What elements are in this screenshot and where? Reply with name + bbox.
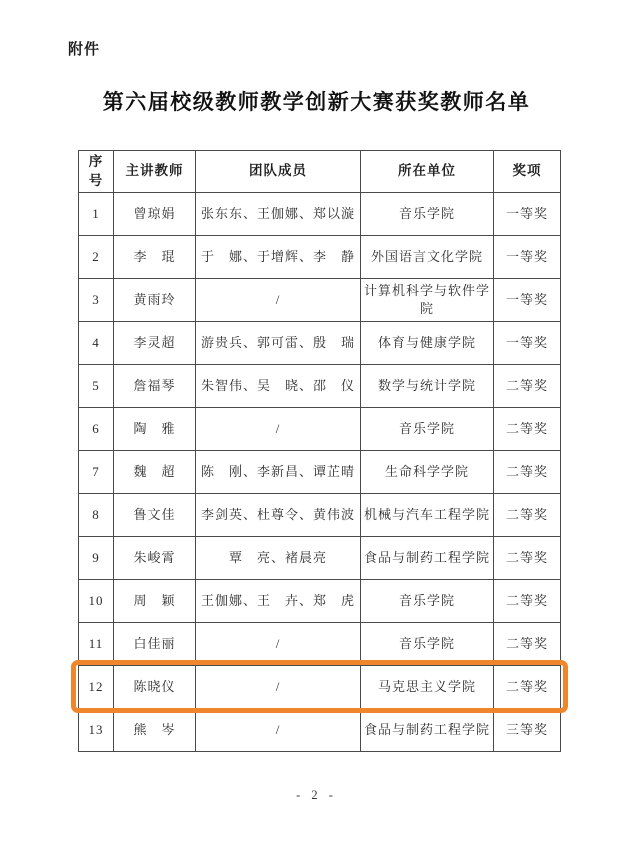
table-row: 7魏 超陈 刚、李新昌、谭芷晴生命科学学院二等奖: [79, 451, 561, 494]
cell-award: 二等奖: [494, 408, 561, 451]
cell-award: 二等奖: [494, 623, 561, 666]
table-row: 12陈晓仪/马克思主义学院二等奖: [79, 666, 561, 709]
cell-award: 二等奖: [494, 451, 561, 494]
cell-no: 5: [79, 365, 114, 408]
cell-unit: 数学与统计学院: [361, 365, 494, 408]
cell-unit: 音乐学院: [361, 623, 494, 666]
cell-teacher: 魏 超: [114, 451, 196, 494]
cell-unit: 音乐学院: [361, 408, 494, 451]
cell-team: 王伽娜、王 卉、郑 虎: [196, 580, 361, 623]
table-row: 3黄雨玲/计算机科学与软件学院一等奖: [79, 279, 561, 322]
table-row: 10周 颖王伽娜、王 卉、郑 虎音乐学院二等奖: [79, 580, 561, 623]
cell-award: 一等奖: [494, 322, 561, 365]
cell-award: 二等奖: [494, 666, 561, 709]
cell-team: /: [196, 709, 361, 752]
cell-no: 1: [79, 193, 114, 236]
page-title: 第六届校级教师教学创新大赛获奖教师名单: [0, 86, 633, 116]
cell-no: 8: [79, 494, 114, 537]
table-row: 4李灵超游贵兵、郭可雷、殷 瑞体育与健康学院一等奖: [79, 322, 561, 365]
cell-team: 陈 刚、李新昌、谭芷晴: [196, 451, 361, 494]
cell-team: /: [196, 279, 361, 322]
table-body: 1曾琼娟张东东、王伽娜、郑以漩音乐学院一等奖2李 琨于 娜、于增辉、李 静外国语…: [79, 193, 561, 752]
cell-award: 二等奖: [494, 537, 561, 580]
table-row: 13熊 岑/食品与制药工程学院三等奖: [79, 709, 561, 752]
cell-no: 10: [79, 580, 114, 623]
cell-no: 4: [79, 322, 114, 365]
cell-teacher: 朱峻霄: [114, 537, 196, 580]
table-row: 1曾琼娟张东东、王伽娜、郑以漩音乐学院一等奖: [79, 193, 561, 236]
cell-unit: 食品与制药工程学院: [361, 537, 494, 580]
cell-teacher: 鲁文佳: [114, 494, 196, 537]
col-header-no: 序号: [79, 151, 114, 193]
cell-no: 9: [79, 537, 114, 580]
cell-teacher: 陈晓仪: [114, 666, 196, 709]
table-row: 5詹福琴朱智伟、吴 晓、邵 仪数学与统计学院二等奖: [79, 365, 561, 408]
cell-award: 二等奖: [494, 580, 561, 623]
cell-no: 11: [79, 623, 114, 666]
cell-teacher: 李 琨: [114, 236, 196, 279]
cell-award: 一等奖: [494, 279, 561, 322]
cell-award: 三等奖: [494, 709, 561, 752]
cell-no: 3: [79, 279, 114, 322]
cell-award: 一等奖: [494, 193, 561, 236]
cell-unit: 马克思主义学院: [361, 666, 494, 709]
awards-table: 序号 主讲教师 团队成员 所在单位 奖项 1曾琼娟张东东、王伽娜、郑以漩音乐学院…: [78, 150, 561, 752]
cell-team: 覃 亮、褚晨亮: [196, 537, 361, 580]
cell-no: 13: [79, 709, 114, 752]
col-header-unit: 所在单位: [361, 151, 494, 193]
col-header-team: 团队成员: [196, 151, 361, 193]
cell-unit: 体育与健康学院: [361, 322, 494, 365]
cell-teacher: 詹福琴: [114, 365, 196, 408]
cell-team: /: [196, 623, 361, 666]
cell-teacher: 白佳丽: [114, 623, 196, 666]
page-number: - 2 -: [0, 788, 633, 803]
cell-unit: 音乐学院: [361, 193, 494, 236]
cell-team: 于 娜、于增辉、李 静: [196, 236, 361, 279]
table-row: 2李 琨于 娜、于增辉、李 静外国语言文化学院一等奖: [79, 236, 561, 279]
cell-no: 12: [79, 666, 114, 709]
cell-award: 二等奖: [494, 494, 561, 537]
cell-unit: 计算机科学与软件学院: [361, 279, 494, 322]
attachment-label: 附件: [68, 38, 100, 59]
cell-award: 二等奖: [494, 365, 561, 408]
cell-unit: 生命科学学院: [361, 451, 494, 494]
cell-teacher: 陶 雅: [114, 408, 196, 451]
cell-team: 朱智伟、吴 晓、邵 仪: [196, 365, 361, 408]
col-header-teacher: 主讲教师: [114, 151, 196, 193]
table-header-row: 序号 主讲教师 团队成员 所在单位 奖项: [79, 151, 561, 193]
cell-teacher: 黄雨玲: [114, 279, 196, 322]
cell-no: 6: [79, 408, 114, 451]
table-row: 6陶 雅/音乐学院二等奖: [79, 408, 561, 451]
cell-award: 一等奖: [494, 236, 561, 279]
cell-team: /: [196, 408, 361, 451]
cell-team: 张东东、王伽娜、郑以漩: [196, 193, 361, 236]
cell-unit: 音乐学院: [361, 580, 494, 623]
cell-teacher: 曾琼娟: [114, 193, 196, 236]
cell-unit: 机械与汽车工程学院: [361, 494, 494, 537]
cell-teacher: 李灵超: [114, 322, 196, 365]
cell-no: 7: [79, 451, 114, 494]
cell-no: 2: [79, 236, 114, 279]
cell-team: 李剑英、杜尊令、黄伟波: [196, 494, 361, 537]
table-row: 11白佳丽/音乐学院二等奖: [79, 623, 561, 666]
table-row: 8鲁文佳李剑英、杜尊令、黄伟波机械与汽车工程学院二等奖: [79, 494, 561, 537]
cell-unit: 外国语言文化学院: [361, 236, 494, 279]
col-header-award: 奖项: [494, 151, 561, 193]
awards-table-wrap: 序号 主讲教师 团队成员 所在单位 奖项 1曾琼娟张东东、王伽娜、郑以漩音乐学院…: [78, 150, 560, 752]
cell-unit: 食品与制药工程学院: [361, 709, 494, 752]
cell-teacher: 熊 岑: [114, 709, 196, 752]
cell-teacher: 周 颖: [114, 580, 196, 623]
cell-team: /: [196, 666, 361, 709]
table-row: 9朱峻霄覃 亮、褚晨亮食品与制药工程学院二等奖: [79, 537, 561, 580]
cell-team: 游贵兵、郭可雷、殷 瑞: [196, 322, 361, 365]
